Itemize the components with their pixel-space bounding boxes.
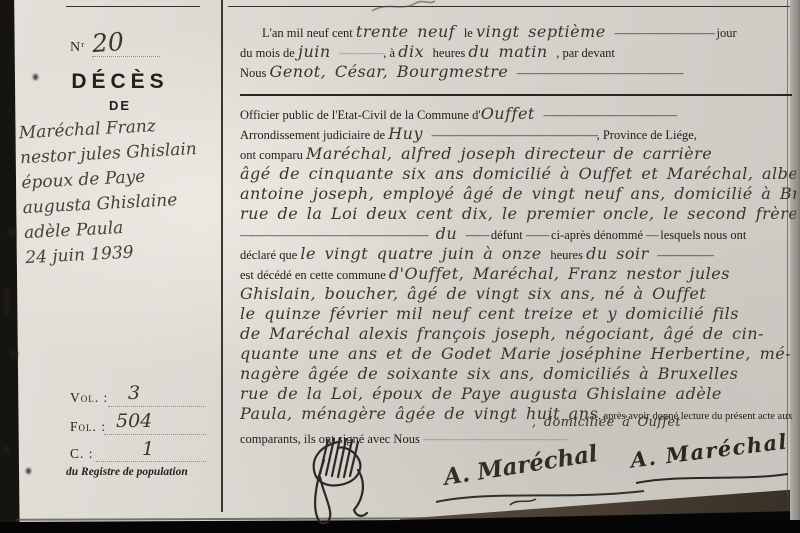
handwritten-text: à onze xyxy=(483,244,550,263)
printed-text: lesquels nous ont xyxy=(657,228,746,242)
fill-rule-dashes: ——————————————— xyxy=(517,66,682,80)
act-line: Arrondissement judiciaire de Huy ———————… xyxy=(240,124,796,144)
act-line: Officier public de l'Etat-Civil de la Co… xyxy=(240,104,796,124)
handwritten-text: le vingt quatre juin xyxy=(300,244,483,263)
act-line: déclaré que le vingt quatre juin à onze … xyxy=(240,244,796,264)
handwritten-text: dix xyxy=(398,42,432,61)
act-line: ————————————————— du —— défunt —— ci-apr… xyxy=(240,224,796,244)
fol-label: Fol. : xyxy=(70,419,106,435)
printed-text: jour xyxy=(713,26,736,40)
fill-rule-dashes: ————————————— xyxy=(423,432,566,446)
previous-entry-stroke xyxy=(368,0,440,12)
vol-value: 3 xyxy=(128,382,140,404)
signature-left-underline xyxy=(432,488,650,506)
fill-rule-dashes: ———————————— xyxy=(543,108,675,122)
act-line: est décédé en cette commune d'Ouffet, Ma… xyxy=(240,264,796,284)
printed-text: ci-après dénommé xyxy=(548,228,646,242)
handwritten-text: , domiciliée à Ouffet xyxy=(532,415,681,430)
number-fill-line xyxy=(92,56,160,57)
c-fill-line xyxy=(96,461,206,462)
act-line: antoine joseph, employé âgé de vingt neu… xyxy=(240,184,796,204)
handwritten-text: vingt septième xyxy=(476,22,614,41)
printed-text: le xyxy=(464,26,476,40)
printed-text: Nous xyxy=(240,66,270,80)
printed-text: , par devant xyxy=(556,46,615,60)
act-type-subtitle: DE xyxy=(20,98,220,113)
bourgmestre-signature-flourish xyxy=(298,430,390,526)
handwritten-text: Maréchal, alfred joseph directeur de car… xyxy=(306,144,712,163)
fill-rule-dashes: —— xyxy=(466,228,488,242)
handwritten-text: Huy xyxy=(388,124,431,143)
printed-text: Officier public de l'Etat-Civil de la Co… xyxy=(240,108,481,122)
act-number-value: 20 xyxy=(91,27,125,58)
act-line: du mois de juin ————, à dix heures du ma… xyxy=(240,42,796,62)
handwritten-text: nagère âgée de soixante six ans, domicil… xyxy=(240,364,738,383)
act-line: le quinze février mil neuf cent treize e… xyxy=(240,304,796,324)
fill-rule-dashes: ————————————————— xyxy=(240,228,427,242)
ink-blemish xyxy=(26,468,31,474)
vol-fill-line xyxy=(108,406,206,407)
vol-label: Vol. : xyxy=(70,390,108,406)
fill-rule-dashes: ————— xyxy=(657,248,712,262)
handwritten-text: rue de la Loi, époux de Paye augusta Ghi… xyxy=(240,384,722,403)
handwritten-text: rue de la Loi deux cent dix, le premier … xyxy=(240,204,796,223)
act-line: Ghislain, boucher, âgé de vingt six ans,… xyxy=(240,284,796,304)
handwritten-text: juin xyxy=(298,42,339,61)
ink-blemish xyxy=(10,350,18,359)
act-line: quante une ans et de Godet Marie joséphi… xyxy=(240,344,796,364)
printed-text: défunt xyxy=(488,228,526,242)
handwritten-text: d'Ouffet, Maréchal, Franz nestor jules xyxy=(389,264,730,283)
act-line: Nous Genot, César, Bourgmestre —————————… xyxy=(240,62,796,82)
handwritten-text: du soir xyxy=(586,244,657,263)
ink-blemish xyxy=(4,288,10,316)
fill-rule-dashes: ————————— xyxy=(614,26,713,40)
printed-text: est décédé en cette commune xyxy=(240,268,389,282)
registre-note: du Registre de population xyxy=(66,466,188,478)
printed-text: déclaré que xyxy=(240,248,300,262)
act-line: Paula, ménagère âgée de vingt huit ans, … xyxy=(240,404,796,424)
handwritten-text: trente neuf xyxy=(356,22,464,41)
fol-fill-line xyxy=(104,434,206,435)
handwritten-text: antoine joseph, employé âgé de vingt neu… xyxy=(240,184,796,203)
handwritten-text: du matin xyxy=(468,42,556,61)
margin-top-rule xyxy=(66,6,200,7)
ink-blemish xyxy=(3,446,10,454)
printed-text: ont comparu xyxy=(240,148,306,162)
handwritten-text: le quinze février mil neuf cent treize e… xyxy=(240,304,739,323)
act-line: nagère âgée de soixante six ans, domicil… xyxy=(240,364,796,384)
ink-blemish xyxy=(7,228,16,238)
printed-text: du mois de xyxy=(240,46,298,60)
signature-right-underline xyxy=(632,472,792,486)
act-number-label: Nʳ xyxy=(70,40,85,56)
registry-photo: Nʳ 20 DÉCÈS DE Maréchal Franznestor jule… xyxy=(0,0,800,533)
act-line: ont comparu Maréchal, alfred joseph dire… xyxy=(240,144,796,164)
handwritten-text: quante une ans et de Godet Marie joséphi… xyxy=(240,344,791,363)
act-type-title: DÉCÈS xyxy=(20,70,220,94)
printed-text: Arrondissement judiciaire de xyxy=(240,128,388,142)
act-line: rue de la Loi, époux de Paye augusta Ghi… xyxy=(240,384,796,404)
fill-rule-dashes: — xyxy=(646,228,657,242)
handwritten-text: Ghislain, boucher, âgé de vingt six ans,… xyxy=(240,284,706,303)
margin-name-block: Maréchal Franznestor jules Ghislainépoux… xyxy=(18,111,226,271)
handwritten-text: Genot, César, Bourgmestre xyxy=(270,62,517,81)
printed-text: , à xyxy=(383,46,398,60)
fill-rule-dashes: ———— xyxy=(339,46,383,60)
fill-rule-dashes: —— xyxy=(526,228,548,242)
printed-text: L'an mil neuf cent xyxy=(262,26,356,40)
handwritten-text: de Maréchal alexis françois joseph, négo… xyxy=(240,324,764,343)
act-body-lines: L'an mil neuf cent trente neuf le vingt … xyxy=(240,22,796,449)
act-line: de Maréchal alexis françois joseph, négo… xyxy=(240,324,796,344)
fill-rule-dashes: ——————————————— xyxy=(432,128,597,142)
act-line: rue de la Loi deux cent dix, le premier … xyxy=(240,204,796,224)
act-line: âgé de cinquante six ans domicilié à Ouf… xyxy=(240,164,796,184)
handwritten-text: Ouffet xyxy=(481,104,544,123)
printed-text: heures xyxy=(550,248,586,262)
fol-value: 504 xyxy=(116,410,152,432)
printed-text: heures xyxy=(433,46,469,60)
body-top-rule xyxy=(228,6,790,7)
act-line: L'an mil neuf cent trente neuf le vingt … xyxy=(240,22,796,42)
printed-text: , Province de Liége, xyxy=(597,128,697,142)
c-value: 1 xyxy=(142,438,154,460)
handwritten-text: du xyxy=(427,224,466,243)
section-divider-rule xyxy=(240,94,792,96)
c-label: C. : xyxy=(70,446,94,462)
handwritten-text: âgé de cinquante six ans domicilié à Ouf… xyxy=(240,164,796,183)
